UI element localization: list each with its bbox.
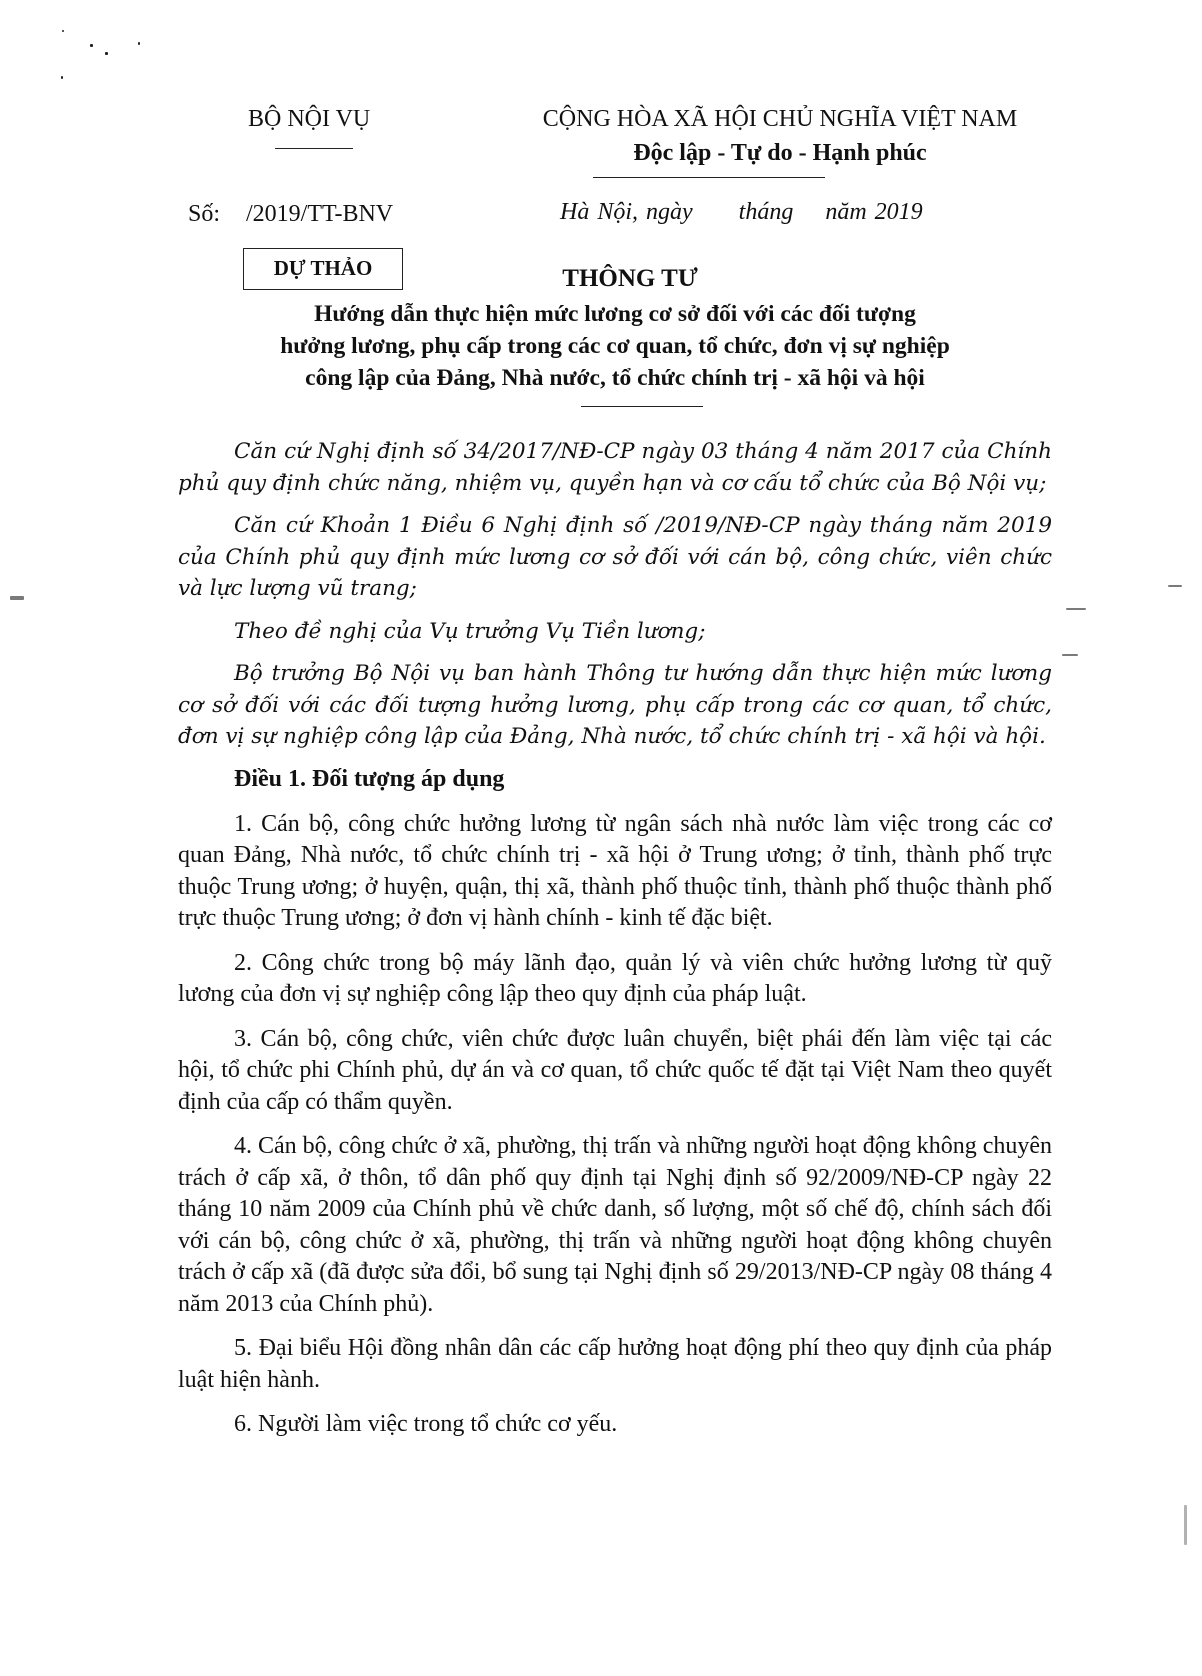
subject-line: hưởng lương, phụ cấp trong các cơ quan, … (200, 330, 1030, 362)
scan-speck (105, 52, 108, 55)
clause-paragraph: 6. Người làm việc trong tổ chức cơ yếu. (178, 1409, 1052, 1441)
motto-underline (593, 177, 825, 178)
article-heading: Điều 1. Đối tượng áp dụng (234, 764, 1052, 795)
clause-paragraph: 1. Cán bộ, công chức hưởng lương từ ngân… (178, 809, 1052, 935)
document-number: Số:/2019/TT-BNV (188, 201, 393, 228)
national-title: CỘNG HÒA XÃ HỘI CHỦ NGHĨA VIỆT NAM (500, 106, 1060, 133)
document-number-value: /2019/TT-BNV (246, 201, 393, 227)
document-subject: Hướng dẫn thực hiện mức lương cơ sở đối … (200, 298, 1030, 394)
agency-underline (275, 148, 353, 149)
date-year: năm 2019 (825, 199, 922, 226)
draft-stamp: DỰ THẢO (243, 248, 403, 290)
national-motto: Độc lập - Tự do - Hạnh phúc (500, 140, 1060, 167)
subject-line: công lập của Đảng, Nhà nước, tổ chức chí… (200, 362, 1030, 394)
preamble-paragraph: Căn cứ Nghị định số 34/2017/NĐ-CP ngày 0… (178, 436, 1052, 499)
scan-speck (1168, 585, 1182, 587)
place-day: Hà Nội, ngày (560, 199, 693, 226)
document-type: THÔNG TƯ (500, 265, 760, 293)
date-month: tháng (739, 199, 794, 226)
subject-line: Hướng dẫn thực hiện mức lương cơ sở đối … (200, 298, 1030, 330)
place-and-date: Hà Nội, ngàythángnăm 2019 (560, 199, 923, 226)
scan-speck (1066, 608, 1086, 610)
preamble-paragraph: Căn cứ Khoản 1 Điều 6 Nghị định số /2019… (178, 510, 1052, 605)
scan-speck (90, 44, 93, 47)
scan-speck (62, 30, 64, 32)
scan-speck (10, 596, 24, 600)
scan-speck (61, 76, 63, 79)
subject-underline (581, 406, 703, 407)
clause-paragraph: 5. Đại biểu Hội đồng nhân dân các cấp hư… (178, 1333, 1052, 1396)
clause-paragraph: 4. Cán bộ, công chức ở xã, phường, thị t… (178, 1131, 1052, 1320)
document-number-label: Số: (188, 201, 220, 227)
issuing-agency: BỘ NỘI VỤ (248, 106, 370, 133)
clause-paragraph: 2. Công chức trong bộ máy lãnh đạo, quản… (178, 948, 1052, 1011)
document-body: Căn cứ Nghị định số 34/2017/NĐ-CP ngày 0… (178, 436, 1052, 1454)
scan-speck (138, 42, 140, 45)
clause-paragraph: 3. Cán bộ, công chức, viên chức được luâ… (178, 1024, 1052, 1119)
preamble-paragraph: Theo đề nghị của Vụ trưởng Vụ Tiền lương… (178, 616, 1052, 648)
scan-speck (1184, 1505, 1187, 1545)
scan-speck (1062, 654, 1078, 656)
preamble-paragraph: Bộ trưởng Bộ Nội vụ ban hành Thông tư hư… (178, 658, 1052, 753)
